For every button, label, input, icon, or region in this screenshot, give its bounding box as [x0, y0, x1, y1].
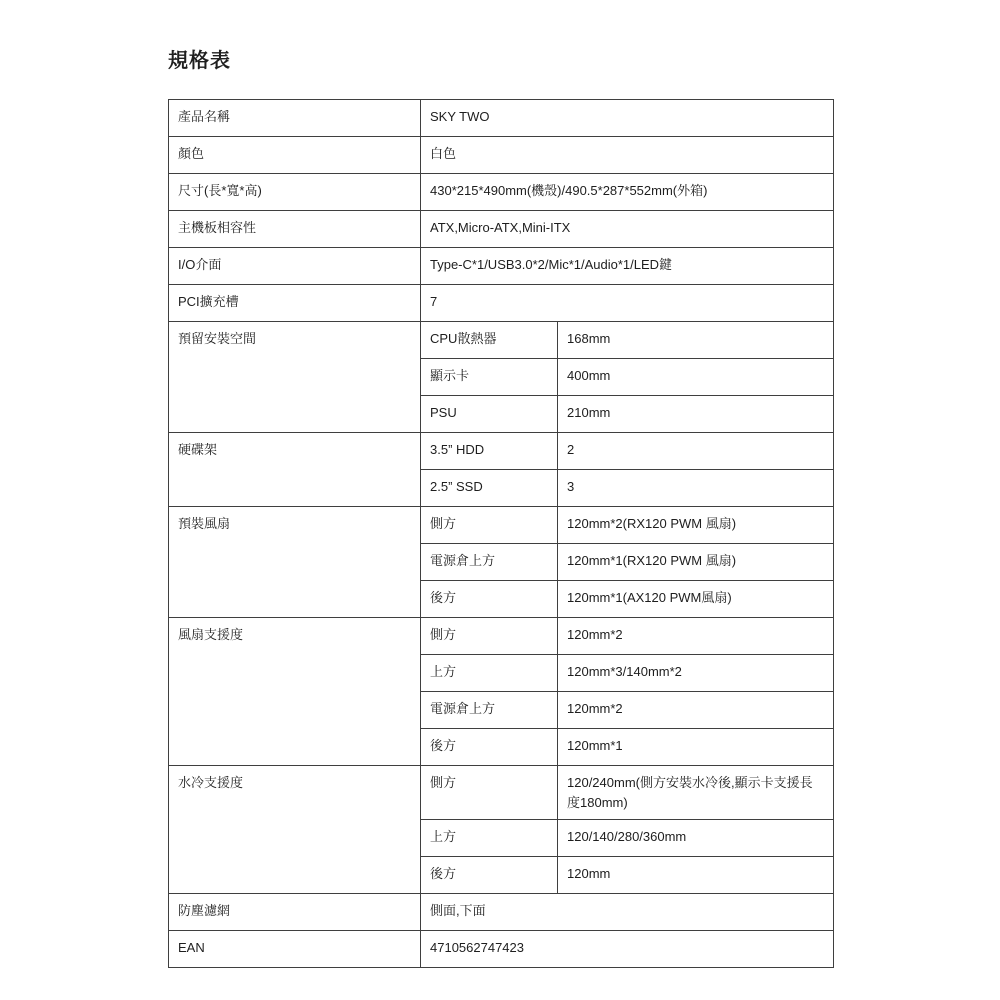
spec-value: 120mm*2(RX120 PWM 風扇) [558, 507, 834, 544]
table-row: 顏色白色 [169, 137, 834, 174]
spec-value: 120mm*2 [558, 618, 834, 655]
spec-label: 硬碟架 [169, 433, 421, 507]
spec-value: 2 [558, 433, 834, 470]
spec-value: 168mm [558, 322, 834, 359]
spec-sub-label: CPU散熱器 [421, 322, 558, 359]
table-row: 防塵濾網側面,下面 [169, 894, 834, 931]
spec-label: 顏色 [169, 137, 421, 174]
spec-value: SKY TWO [421, 100, 834, 137]
spec-sub-label: PSU [421, 396, 558, 433]
spec-sub-label: 側方 [421, 618, 558, 655]
spec-sub-label: 3.5” HDD [421, 433, 558, 470]
spec-value: 430*215*490mm(機殼)/490.5*287*552mm(外箱) [421, 174, 834, 211]
table-row: EAN4710562747423 [169, 931, 834, 968]
spec-value: ATX,Micro-ATX,Mini-ITX [421, 211, 834, 248]
table-row: 預裝風扇側方120mm*2(RX120 PWM 風扇) [169, 507, 834, 544]
spec-value: 120mm*2 [558, 692, 834, 729]
table-row: 風扇支援度側方120mm*2 [169, 618, 834, 655]
spec-table-body: 產品名稱SKY TWO顏色白色尺寸(長*寬*高)430*215*490mm(機殼… [169, 100, 834, 968]
spec-page: 規格表 產品名稱SKY TWO顏色白色尺寸(長*寬*高)430*215*490m… [0, 0, 1000, 968]
table-row: 硬碟架3.5” HDD2 [169, 433, 834, 470]
spec-value: 側面,下面 [421, 894, 834, 931]
spec-sub-label: 上方 [421, 655, 558, 692]
spec-label: 尺寸(長*寬*高) [169, 174, 421, 211]
spec-label: 預裝風扇 [169, 507, 421, 618]
page-title: 規格表 [168, 44, 1000, 73]
spec-sub-label: 電源倉上方 [421, 544, 558, 581]
spec-sub-label: 後方 [421, 729, 558, 766]
table-row: 預留安裝空間CPU散熱器168mm [169, 322, 834, 359]
spec-sub-label: 後方 [421, 857, 558, 894]
spec-label: 防塵濾網 [169, 894, 421, 931]
spec-value: 4710562747423 [421, 931, 834, 968]
spec-value: 400mm [558, 359, 834, 396]
spec-sub-label: 2.5” SSD [421, 470, 558, 507]
spec-sub-label: 顯示卡 [421, 359, 558, 396]
spec-value: 7 [421, 285, 834, 322]
spec-value: 120mm*1(AX120 PWM風扇) [558, 581, 834, 618]
table-row: I/O介面Type-C*1/USB3.0*2/Mic*1/Audio*1/LED… [169, 248, 834, 285]
spec-value: 120mm*1 [558, 729, 834, 766]
table-row: 尺寸(長*寬*高)430*215*490mm(機殼)/490.5*287*552… [169, 174, 834, 211]
table-row: 產品名稱SKY TWO [169, 100, 834, 137]
spec-sub-label: 電源倉上方 [421, 692, 558, 729]
spec-value: 120mm*1(RX120 PWM 風扇) [558, 544, 834, 581]
spec-sub-label: 側方 [421, 507, 558, 544]
spec-sub-label: 後方 [421, 581, 558, 618]
spec-label: EAN [169, 931, 421, 968]
spec-value: 120/140/280/360mm [558, 820, 834, 857]
table-row: PCI擴充槽7 [169, 285, 834, 322]
spec-sub-label: 上方 [421, 820, 558, 857]
spec-value: 3 [558, 470, 834, 507]
table-row: 主機板相容性ATX,Micro-ATX,Mini-ITX [169, 211, 834, 248]
table-row: 水冷支援度側方120/240mm(側方安裝水冷後,顯示卡支援長度180mm) [169, 766, 834, 820]
spec-label: 產品名稱 [169, 100, 421, 137]
spec-label: 風扇支援度 [169, 618, 421, 766]
spec-label: I/O介面 [169, 248, 421, 285]
spec-value: 120mm [558, 857, 834, 894]
spec-label: PCI擴充槽 [169, 285, 421, 322]
spec-value: 120mm*3/140mm*2 [558, 655, 834, 692]
spec-value: Type-C*1/USB3.0*2/Mic*1/Audio*1/LED鍵 [421, 248, 834, 285]
spec-label: 主機板相容性 [169, 211, 421, 248]
spec-label: 預留安裝空間 [169, 322, 421, 433]
spec-value: 120/240mm(側方安裝水冷後,顯示卡支援長度180mm) [558, 766, 834, 820]
spec-value: 210mm [558, 396, 834, 433]
spec-table: 產品名稱SKY TWO顏色白色尺寸(長*寬*高)430*215*490mm(機殼… [168, 99, 834, 968]
spec-sub-label: 側方 [421, 766, 558, 820]
spec-label: 水冷支援度 [169, 766, 421, 894]
spec-value: 白色 [421, 137, 834, 174]
